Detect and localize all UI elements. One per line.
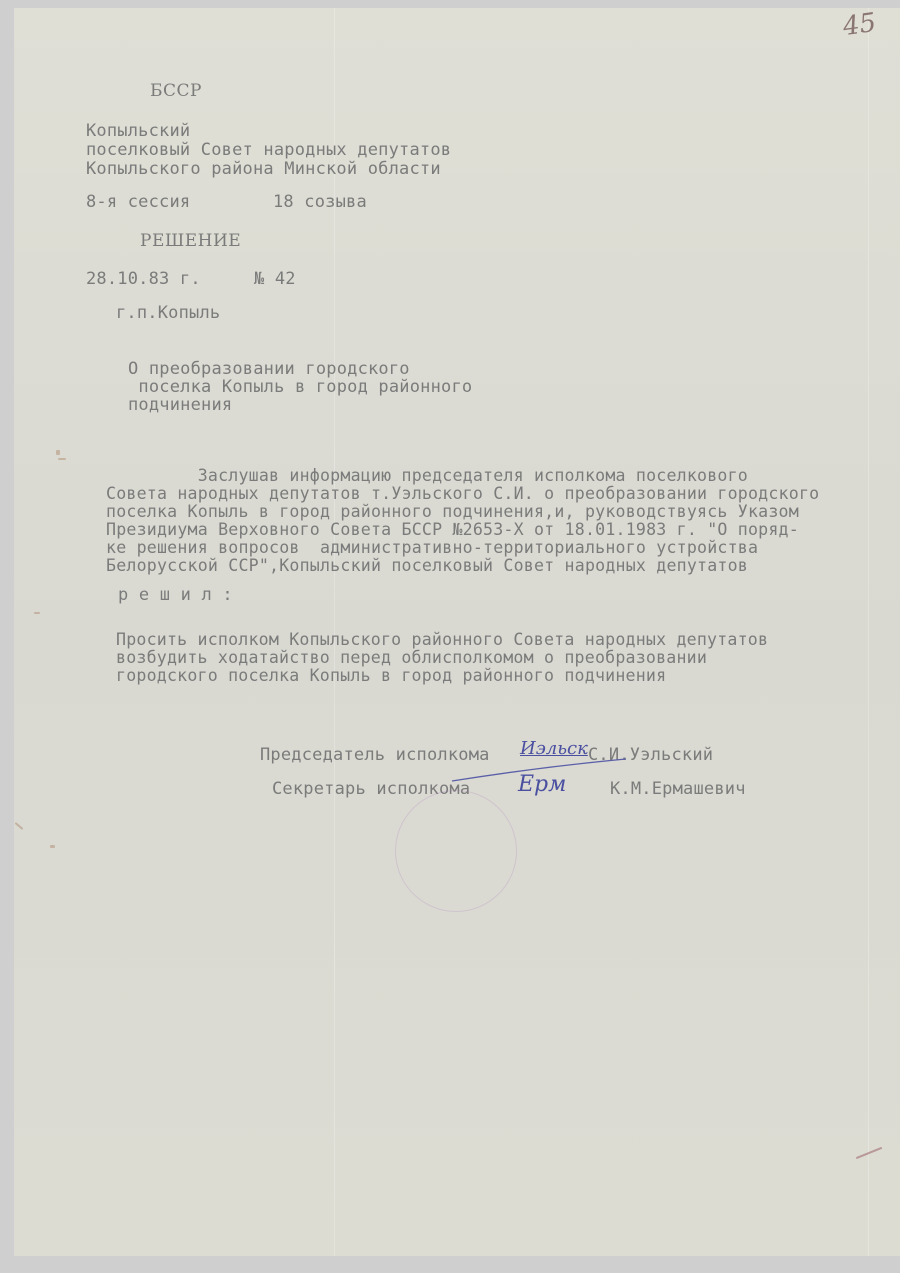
paper-mark [58,458,66,460]
republic-label: БССР [150,82,202,101]
paper-mark [56,450,60,455]
resolution-line: городского поселка Копыль в город районн… [116,666,666,685]
convocation-label: 18 созыва [273,193,367,212]
subject-line: подчинения [128,396,232,415]
page-number: 45 [841,8,878,42]
body-line: ке решения вопросов административно-терр… [106,538,758,557]
org-line: Копыльский [86,122,190,141]
body-line: Президиума Верховного Совета БССР №2653-… [106,520,799,539]
paper-mark [50,845,55,848]
body-line: Белорусской ССР",Копыльский поселковый С… [106,556,748,575]
doc-number: № 42 [254,270,296,289]
org-line: поселковый Совет народных депутатов [86,141,451,160]
paper-mark [34,612,40,614]
org-line: Копыльского района Минской области [86,160,441,179]
resolved-label: р е ш и л : [118,586,233,605]
body-line: Заслушав информацию председателя исполко… [106,466,748,485]
paper-fold [868,8,869,1256]
body-line: Совета народных депутатов т.Уэльского С.… [106,484,819,503]
session-label: 8-я сессия [86,193,190,212]
secretary-name: К.М.Ермашевич [610,780,746,799]
doc-date: 28.10.83 г. [86,270,201,289]
official-stamp [395,790,517,912]
resolution-line: Просить исполком Копыльского районного С… [116,630,768,649]
body-line: поселка Копыль в город районного подчине… [106,502,799,521]
resolution-line: возбудить ходатайство перед облисполкомо… [116,648,707,667]
doc-place: г.п.Копыль [116,304,220,323]
secretary-signature: Ерм [518,772,566,797]
doc-type-title: РЕШЕНИЕ [140,232,241,251]
